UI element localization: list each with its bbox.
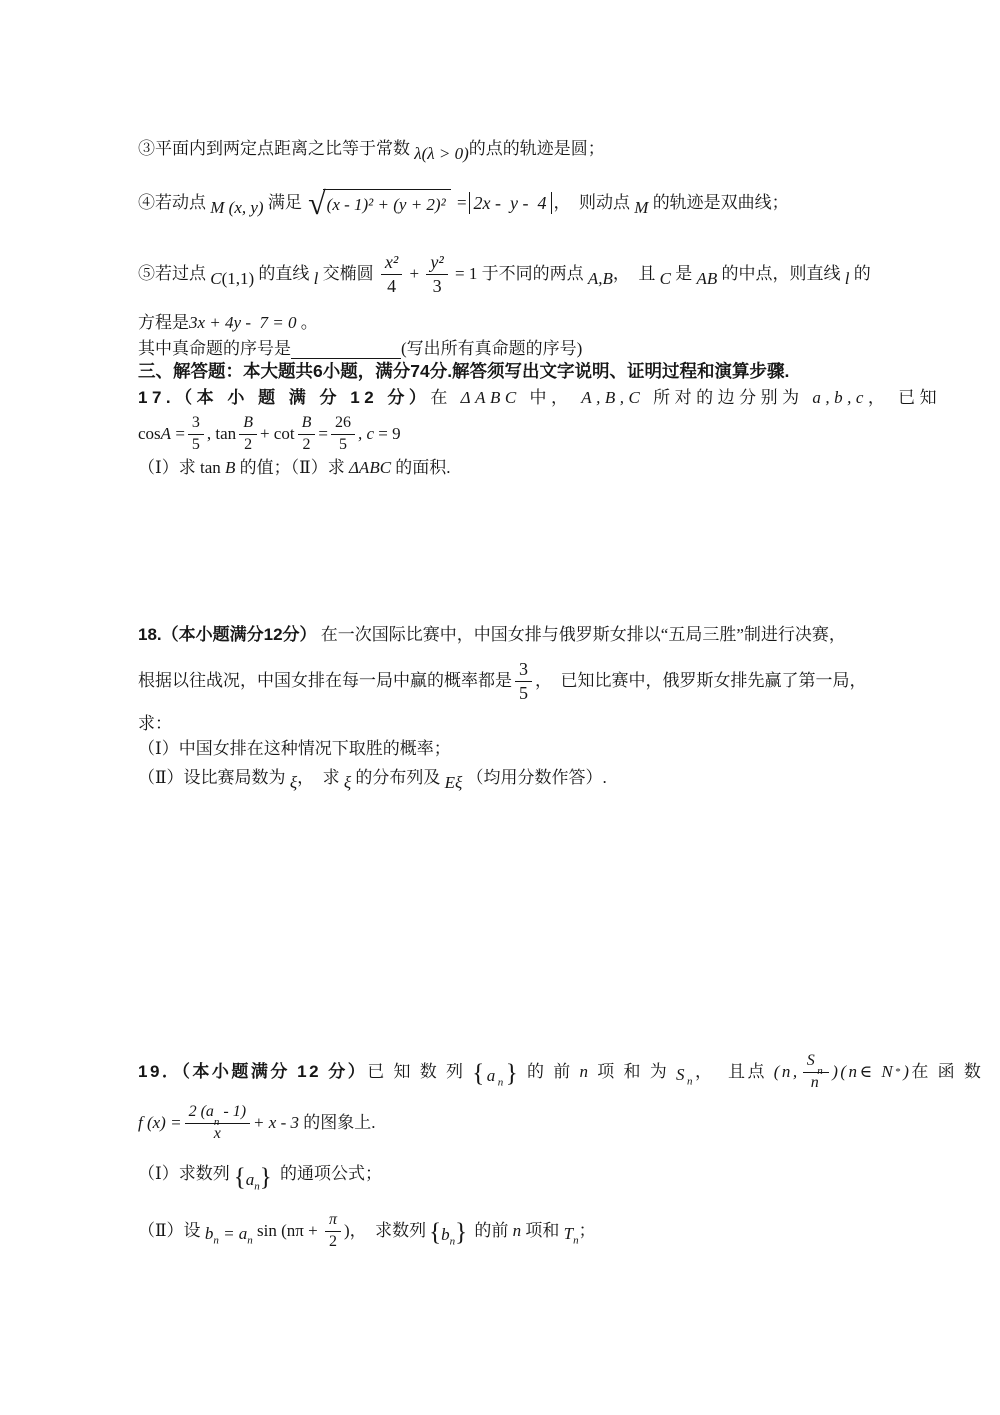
text-segment: （Ⅱ）设 <box>138 1220 205 1241</box>
math-var-n: n <box>580 1061 591 1082</box>
fraction-denominator: 4 <box>387 275 396 297</box>
text-segment: 的 <box>850 263 871 284</box>
text-segment: 所对的边分别为 <box>644 387 812 408</box>
math-var-c: , c <box>358 423 374 444</box>
fraction: Sn n <box>803 1052 830 1092</box>
fraction: x² 4 <box>381 252 402 296</box>
fraction-denominator: n <box>811 1073 822 1092</box>
math-cos: cos <box>138 423 161 444</box>
answer-blank-underline <box>291 342 401 359</box>
text-segment: 的前 <box>470 1220 513 1241</box>
text-segment: 方程是 <box>138 312 189 333</box>
text-segment: 的分布列及 <box>351 767 445 788</box>
subscript-n: n <box>247 1235 253 1247</box>
fraction-numerator: π <box>325 1211 341 1231</box>
math-var-n: n <box>513 1220 522 1241</box>
fraction-numerator: 3 <box>188 414 204 434</box>
square-root: √ (x - 1)² + (y + 2)² <box>308 188 451 218</box>
math-tan: , tan <box>207 423 236 444</box>
point-open: (n, <box>774 1061 800 1082</box>
fraction-numerator: y² <box>426 252 447 275</box>
question-19-formula: f (x) = 2 (an - 1) x + x - 3 的图象上. <box>138 1098 375 1148</box>
math-var-Sn: Sn <box>676 1064 695 1085</box>
fraction: 2 (an - 1) x <box>185 1103 250 1143</box>
fraction: 26 5 <box>331 414 355 454</box>
question-number: 17.（本 小 题 满 分 12 分） <box>138 387 430 408</box>
fraction-numerator: B <box>298 414 316 434</box>
math-var-S: S <box>676 1065 687 1084</box>
fraction-denominator: 5 <box>192 435 200 454</box>
text-segment: （Ⅰ）中国女排在这种情况下取胜的概率； <box>138 738 451 759</box>
fraction-denominator: x <box>214 1124 221 1143</box>
brace-open: { <box>234 1164 246 1191</box>
math-sequence-an: {an} <box>234 1168 272 1190</box>
brace-open: { <box>472 1060 487 1087</box>
text-segment: ； <box>579 1220 596 1241</box>
text-segment: ， 且 <box>613 263 660 284</box>
math-var-T: T <box>564 1224 573 1243</box>
text-segment: 的轨迹是双曲线； <box>648 192 788 213</box>
fraction-numerator: x² <box>381 252 402 275</box>
statement-5: ⑤若过点 C (1,1) 的直线 l 交椭圆 x² 4 + y² 3 = 1 于… <box>138 245 871 303</box>
fraction: B 2 <box>298 414 316 454</box>
math-expectation-xi: Eξ <box>445 772 463 793</box>
math-var-A: A <box>161 423 171 444</box>
math-cot: + cot <box>260 423 295 444</box>
text-segment: 于不同的两点 <box>482 263 588 284</box>
math-fx-equals: f (x) = <box>138 1112 182 1133</box>
equation-line: 方程是 3x + 4y - 7 = 0 。 <box>138 311 318 335</box>
math-var-C: C <box>660 268 671 289</box>
text-segment: 。 <box>296 312 317 333</box>
fraction: 3 5 <box>515 659 532 703</box>
text-segment: ， 已知 <box>868 387 941 408</box>
fraction-numerator: 2 (an - 1) <box>185 1103 250 1123</box>
math-var-b: b <box>441 1225 450 1244</box>
subscript-n: n <box>573 1235 579 1247</box>
question-17-formula: cos A = 3 5 , tan B 2 + cot B 2 = 26 5 ,… <box>138 410 401 458</box>
text-segment: 的通项公式； <box>276 1163 382 1184</box>
fraction-numerator: 26 <box>331 414 355 434</box>
text-segment: 项 和 为 <box>591 1061 677 1082</box>
text-segment: （均用分数作答）. <box>462 767 607 788</box>
question-17-line1: 17.（本 小 题 满 分 12 分） 在 ΔABC 中， A,B,C 所对的边… <box>138 386 941 410</box>
text-segment: 的面积. <box>391 457 451 478</box>
text-segment: 的直线 <box>258 263 313 284</box>
math-angles-ABC: A,B,C <box>581 387 644 408</box>
absolute-value: 2x - y - 4 <box>469 192 552 215</box>
text-segment: ， 求 <box>297 767 344 788</box>
math-sin: sin (nπ + <box>253 1220 322 1241</box>
math-var-xi: ξ <box>290 772 297 793</box>
equals-sign: = <box>318 423 328 444</box>
question-18-line1: 18.（本小题满分12分） 在一次国际比赛中，中国女排与俄罗斯女排以“五局三胜”… <box>138 622 846 648</box>
section-title: 三、解答题：本大题共6小题，满分74分.解答须写出文字说明、证明过程和演算步骤. <box>138 361 789 383</box>
radicand: (x - 1)² + (y + 2)² <box>323 189 451 215</box>
text-segment: 的点的轨迹是圆； <box>469 138 605 159</box>
text-segment: 项和 <box>521 1220 564 1241</box>
question-19-part2: （Ⅱ）设 bn = an sin (nπ + π 2 ) ， 求数列 {bn} … <box>138 1204 596 1258</box>
fill-blank-line: 其中真命题的序号是 (写出所有真命题的序号) <box>138 337 582 361</box>
numerator-left: 2 (a <box>189 1103 214 1121</box>
question-18-line2: 根据以往战况，中国女排在每一局中赢的概率都是 3 5 ， 已知比赛中，俄罗斯女排… <box>138 652 867 710</box>
equals-sign: = <box>171 423 185 444</box>
question-17-parts: （Ⅰ）求 tan B 的值；（Ⅱ）求 ΔABC 的面积. <box>138 456 451 480</box>
math-triangle-ABC: ΔABC <box>349 457 391 478</box>
text-segment: 交椭圆 <box>318 263 378 284</box>
equals-sign: = 9 <box>374 423 401 444</box>
question-19-line1: 19．（本小题满分 12 分） 已 知 数 列 {an} 的 前 n 项 和 为… <box>138 1044 983 1100</box>
math-triangle-ABC: ΔABC <box>461 387 521 408</box>
math-coords: (1,1) <box>222 268 259 289</box>
math-var-xi: ξ <box>344 772 351 793</box>
math-equals-an: = an <box>219 1223 253 1244</box>
math-var-bn: bn <box>205 1223 219 1244</box>
fraction-numerator: Sn <box>803 1052 830 1072</box>
text-segment: 是 <box>671 263 697 284</box>
text-segment: 求： <box>138 713 172 734</box>
fraction-denominator: 3 <box>433 275 442 297</box>
math-var-M: M <box>634 197 648 218</box>
math-var-l: l <box>845 268 850 289</box>
statement-4: ④若动点 M (x, y) 满足 √ (x - 1)² + (y + 2)² =… <box>138 180 789 226</box>
question-18-part2: （Ⅱ）设比赛局数为 ξ ， 求 ξ 的分布列及 Eξ （均用分数作答）. <box>138 762 607 794</box>
text-segment: 的值；（Ⅱ）求 <box>235 457 349 478</box>
fraction-denominator: 2 <box>302 435 310 454</box>
fraction-denominator: 2 <box>329 1232 337 1251</box>
fraction: π 2 <box>325 1211 341 1251</box>
question-18-qiu: 求： <box>138 712 172 736</box>
text-segment: 已 知 数 列 <box>367 1061 472 1082</box>
math-var-a: a <box>487 1066 498 1085</box>
brace-close: } <box>506 1060 521 1087</box>
equals-a: = a <box>219 1224 247 1243</box>
plus-sign: + <box>405 263 423 284</box>
math-segment-AB: AB <box>697 268 718 289</box>
question-18-part1: （Ⅰ）中国女排在这种情况下取胜的概率； <box>138 737 451 761</box>
text-segment: （Ⅰ）求数列 <box>138 1163 230 1184</box>
question-number: 19．（本小题满分 12 分） <box>138 1061 367 1082</box>
text-segment: 在 <box>430 387 460 408</box>
fraction-denominator: 5 <box>339 435 347 454</box>
math-var-S: S <box>807 1052 818 1070</box>
text-segment: 满足 <box>268 192 306 213</box>
line-equation: 3x + 4y - 7 = 0 <box>189 312 296 333</box>
fraction: y² 3 <box>426 252 447 296</box>
text-segment: ， 求数列 <box>350 1220 427 1241</box>
text-segment: （Ⅱ）设比赛局数为 <box>138 767 290 788</box>
question-number: 18.（本小题满分12分） <box>138 624 317 645</box>
text-segment: ④若动点 <box>138 192 210 213</box>
text-segment: 在一次国际比赛中，中国女排与俄罗斯女排以“五局三胜”制进行决赛， <box>317 624 846 645</box>
fraction-numerator: 3 <box>515 659 532 682</box>
point-close: ) <box>903 1061 911 1082</box>
math-sides-abc: a,b,c <box>812 387 868 408</box>
math-var-a: a <box>246 1170 255 1189</box>
text-segment: ⑤若过点 <box>138 263 210 284</box>
brace-open: { <box>429 1219 441 1246</box>
math-var-Tn: Tn <box>564 1223 579 1244</box>
math-lambda-condition: λ(λ > 0) <box>414 143 469 164</box>
fraction: B 2 <box>239 414 257 454</box>
text-segment: 的图象上. <box>303 1112 375 1133</box>
math-sequence-an: {an} <box>472 1064 520 1086</box>
fraction-denominator: 5 <box>519 682 528 704</box>
exam-page: ③平面内到两定点距离之比等于常数 λ(λ > 0) 的点的轨迹是圆； ④若动点 … <box>0 0 1000 1415</box>
subscript-n: n <box>687 1076 695 1088</box>
text-segment: (写出所有真命题的序号) <box>401 338 582 359</box>
statement-3: ③平面内到两定点距离之比等于常数 λ(λ > 0) 的点的轨迹是圆； <box>138 134 605 164</box>
fraction: 3 5 <box>188 414 204 454</box>
section-3-header: 三、解答题：本大题共6小题，满分74分.解答须写出文字说明、证明过程和演算步骤. <box>138 360 789 384</box>
text-segment: 根据以往战况，中国女排在每一局中赢的概率都是 <box>138 670 512 691</box>
numerator-right: - 1) <box>219 1103 246 1121</box>
math-points-AB: A,B <box>588 268 613 289</box>
text-segment: 的 前 <box>520 1061 579 1082</box>
point-domain: )(n∈ N <box>832 1061 895 1082</box>
text-segment: 的中点，则直线 <box>717 263 845 284</box>
text-segment: （Ⅰ）求 <box>138 457 200 478</box>
fraction-denominator: 2 <box>244 435 252 454</box>
text-segment: ， 已知比赛中，俄罗斯女排先赢了第一局， <box>535 670 867 691</box>
math-tail: + x - 3 <box>253 1112 303 1133</box>
fraction-numerator: B <box>239 414 257 434</box>
math-var-C: C <box>210 268 221 289</box>
text-segment: 其中真命题的序号是 <box>138 338 291 359</box>
text-segment: ③平面内到两定点距离之比等于常数 <box>138 138 414 159</box>
subscript-n: n <box>498 1076 506 1088</box>
brace-close: } <box>260 1164 272 1191</box>
text-segment: 在 函 数 <box>911 1061 983 1082</box>
math-coords: (x, y) <box>224 197 267 218</box>
math-var-B: B <box>225 457 235 478</box>
math-sequence-bn: {bn} <box>429 1223 467 1245</box>
question-19-part1: （Ⅰ）求数列 {an} 的通项公式； <box>138 1152 382 1196</box>
brace-close: } <box>455 1219 467 1246</box>
equals-sign: = <box>453 192 467 213</box>
text-segment: ， 则动点 <box>554 192 635 213</box>
math-var-M: M <box>210 197 224 218</box>
equals-sign: = 1 <box>451 263 482 284</box>
math-tan: tan <box>200 457 225 478</box>
text-segment: 中， <box>521 387 582 408</box>
text-segment: ， 且点 <box>695 1061 774 1082</box>
math-var-l: l <box>314 268 319 289</box>
